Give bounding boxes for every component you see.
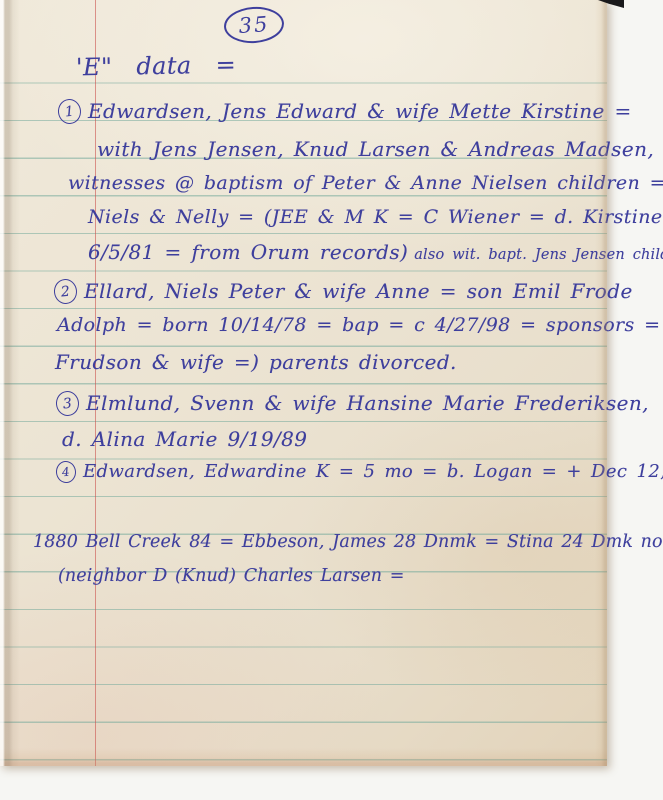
entry-1-line-1: 1 Edwardsen, Jens Edward & wife Mette Ki… (58, 99, 632, 124)
entry-1-number: 1 (57, 98, 82, 125)
entry-3-line-1: 3 Elmlund, Svenn & wife Hansine Marie Fr… (56, 391, 649, 416)
handwritten-text: Ellard, Niels Peter & wife Anne = son Em… (84, 279, 633, 303)
entry-1-line-5: 6/5/81 = from Orum records)also wit. bap… (88, 240, 663, 264)
entry-2-line-2: Adolph = born 10/14/78 = bap = c 4/27/98… (57, 314, 663, 336)
entry-1-line-3: witnesses @ baptism of Peter & Anne Niel… (68, 172, 663, 194)
page-number-circle: 35 (223, 5, 285, 45)
handwritten-text: Edwardsen, Jens Edward & wife Mette Kirs… (88, 99, 632, 123)
handwritten-text: Elmlund, Svenn & wife Hansine Marie Fred… (86, 391, 649, 415)
page-heading: 'E" data = (76, 51, 237, 82)
entry-2-line-1: 2 Ellard, Niels Peter & wife Anne = son … (54, 279, 633, 304)
entry-4-line-1: 4 Edwardsen, Edwardine K = 5 mo = b. Log… (56, 461, 663, 483)
entry-4-number: 4 (55, 460, 77, 484)
handwritten-text: Edwardsen, Edwardine K = 5 mo = b. Logan… (83, 461, 663, 482)
entry-1-small-note: also wit. bapt. Jens Jensen children (414, 247, 663, 263)
entry-1-line-4: Niels & Nelly = (JEE & M K = C Wiener = … (88, 206, 663, 228)
page-number: 35 (238, 12, 270, 38)
notebook-page: 35 'E" data = 1 Edwardsen, Jens Edward &… (0, 0, 607, 766)
census-note-line-2: (neighbor D (Knud) Charles Larsen = (58, 566, 405, 586)
entry-3-line-2: d. Alina Marie 9/19/89 (62, 427, 307, 451)
handwritten-text: 6/5/81 = from Orum records) (88, 240, 408, 264)
entry-2-number: 2 (53, 278, 78, 305)
handwriting-layer: 35 'E" data = 1 Edwardsen, Jens Edward &… (0, 0, 607, 766)
census-note-line-1: 1880 Bell Creek 84 = Ebbeson, James 28 D… (33, 532, 663, 552)
entry-2-line-3: Frudson & wife =) parents divorced. (55, 350, 457, 374)
entry-1-line-2: with Jens Jensen, Knud Larsen & Andreas … (97, 137, 654, 161)
entry-3-number: 3 (55, 390, 80, 417)
scanned-notebook-page: 35 'E" data = 1 Edwardsen, Jens Edward &… (0, 0, 663, 800)
